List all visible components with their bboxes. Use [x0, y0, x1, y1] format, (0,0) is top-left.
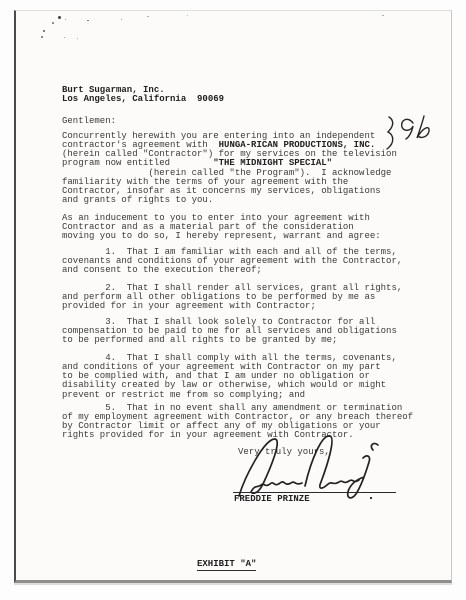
- handwritten-initial-b: [417, 116, 429, 138]
- agreement-item-3: 3. That I shall look solely to Contracto…: [62, 318, 397, 345]
- document-page: Burt Sugarman, Inc. Los Angeles, Califor…: [14, 10, 452, 583]
- agreement-item-2: 2. That I shall render all services, gra…: [62, 284, 402, 311]
- scan-speckle: [65, 19, 66, 20]
- recipient-address: Burt Sugarman, Inc. Los Angeles, Califor…: [62, 86, 224, 104]
- scan-speckle: [121, 19, 122, 20]
- salutation: Gentlemen:: [62, 117, 116, 126]
- scan-speckle: [58, 16, 61, 19]
- scan-speckle: [41, 36, 43, 38]
- exhibit-footer: EXHIBIT "A": [197, 560, 256, 571]
- intro-paragraph: Concurrently herewith you are entering i…: [62, 132, 397, 205]
- handwritten-initials-annotation: [378, 112, 438, 160]
- signatory-name: FREDDIE PRINZE: [234, 495, 310, 504]
- scan-speckle: [187, 15, 188, 16]
- scan-speckle: [64, 37, 65, 38]
- intro-text-c: (herein called "the Program"). I acknowl…: [62, 168, 391, 205]
- agreement-item-1: 1. That I am familiar with each and all …: [62, 248, 402, 275]
- agreement-item-4: 4. That I shall comply with all the term…: [62, 354, 397, 400]
- inducement-paragraph: As an inducement to you to enter into yo…: [62, 214, 381, 241]
- scan-speckle: [382, 15, 384, 16]
- handwritten-brace: [387, 117, 393, 149]
- handwritten-initial-g: [402, 119, 413, 139]
- scan-speckle: [147, 16, 149, 17]
- scan-speckle: [43, 30, 45, 32]
- signature-line: [233, 492, 396, 493]
- scanned-letter-screenshot: { "document": { "recipient": "Burt Sugar…: [0, 0, 466, 600]
- scan-speckle: [87, 20, 89, 21]
- scan-speckle: [52, 22, 54, 24]
- scan-speckle: [77, 38, 78, 39]
